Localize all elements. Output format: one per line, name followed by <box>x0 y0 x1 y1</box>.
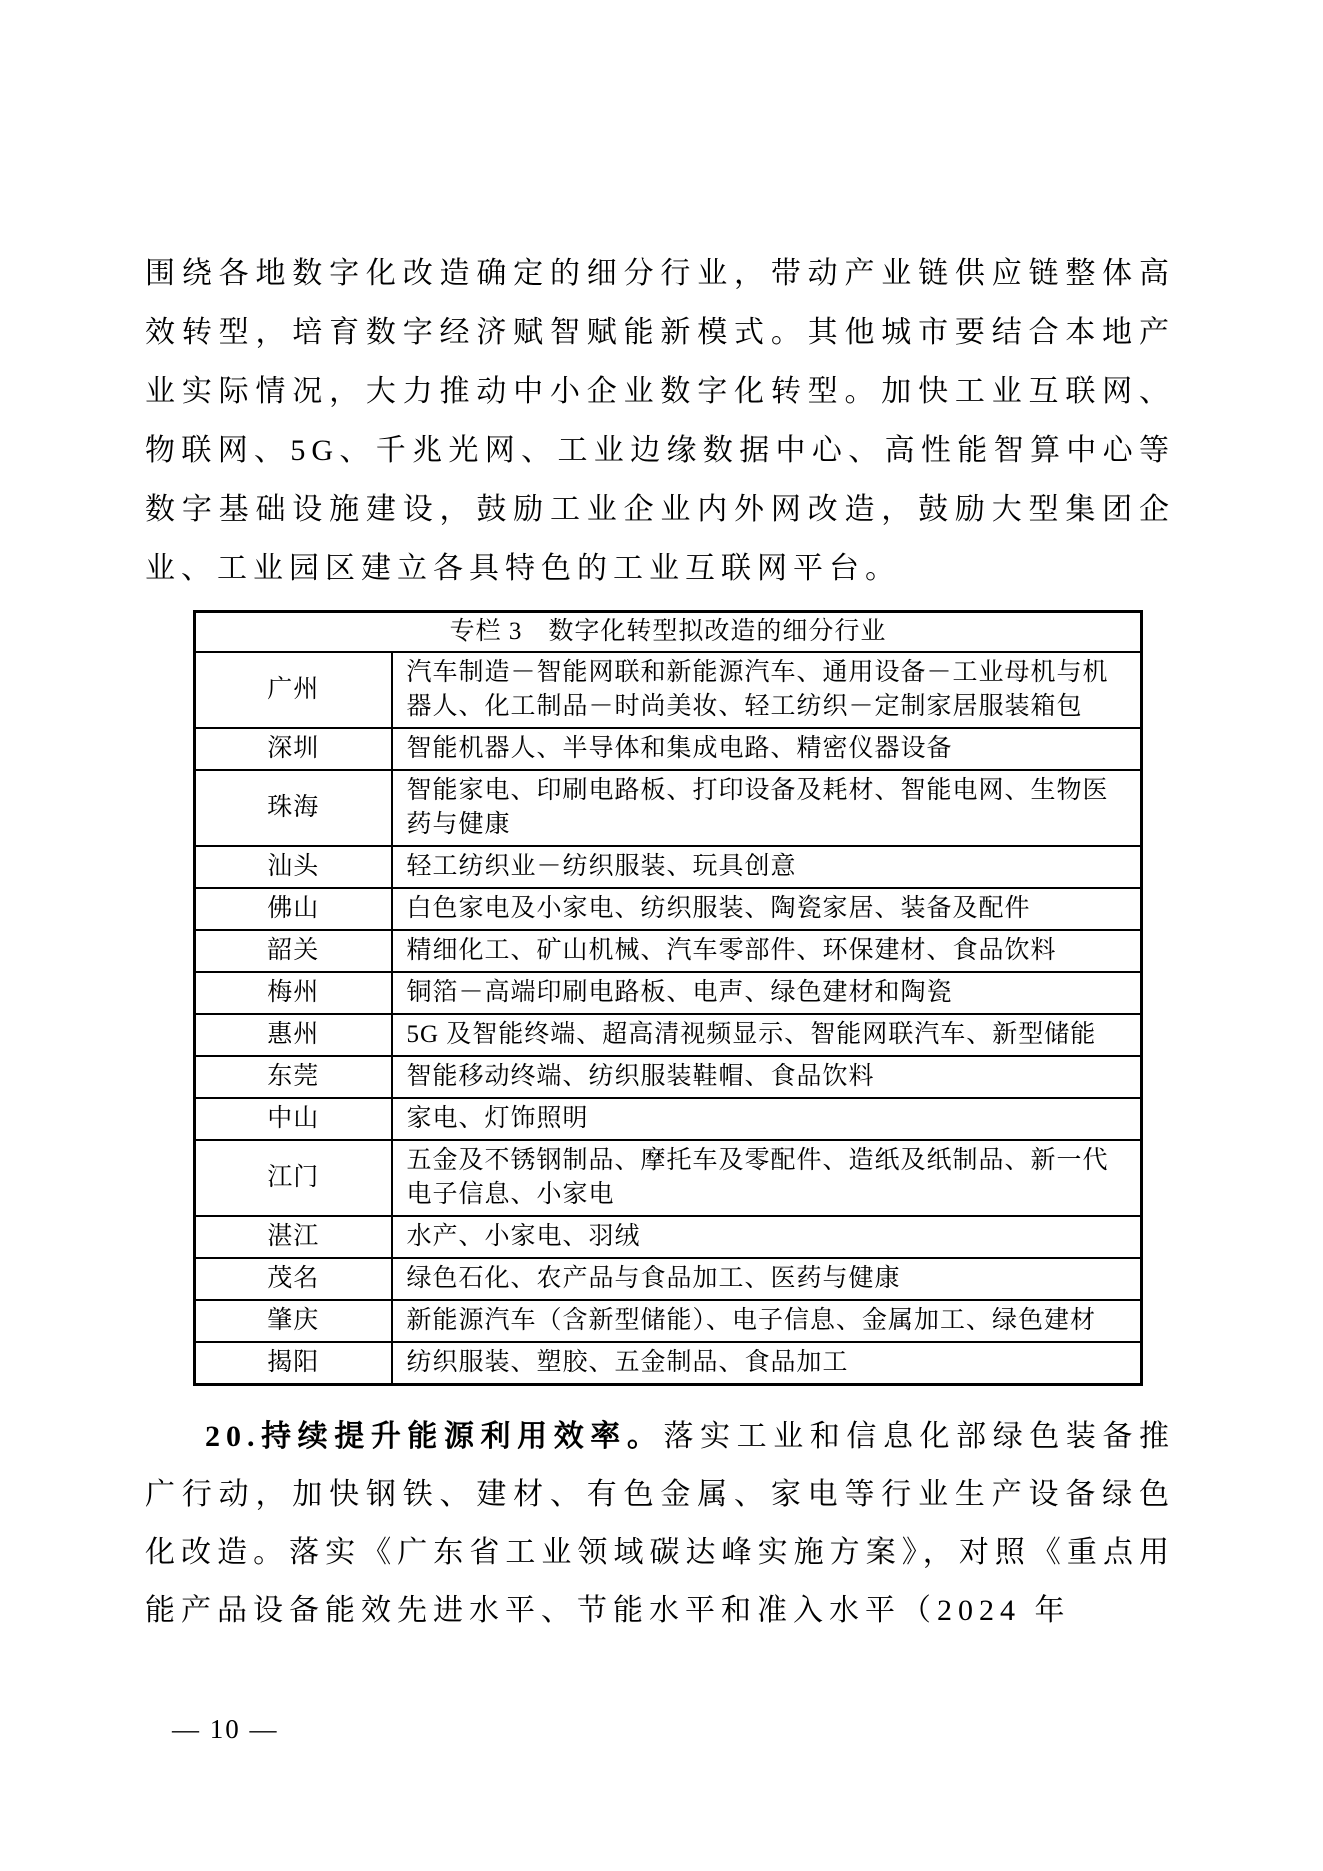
table-title: 专栏 3 数字化转型拟改造的细分行业 <box>195 612 1142 653</box>
table-cell-industries: 智能机器人、半导体和集成电路、精密仪器设备 <box>392 728 1142 770</box>
table-cell-city: 佛山 <box>195 888 392 930</box>
table-cell-industries: 五金及不锈钢制品、摩托车及零配件、造纸及纸制品、新一代电子信息、小家电 <box>392 1140 1142 1216</box>
table-row: 湛江 水产、小家电、羽绒 <box>195 1216 1142 1258</box>
table-row: 肇庆 新能源汽车（含新型储能）、电子信息、金属加工、绿色建材 <box>195 1300 1142 1342</box>
table-cell-city: 江门 <box>195 1140 392 1216</box>
table-cell-industries: 白色家电及小家电、纺织服装、陶瓷家居、装备及配件 <box>392 888 1142 930</box>
table-row: 深圳 智能机器人、半导体和集成电路、精密仪器设备 <box>195 728 1142 770</box>
table-cell-industries: 铜箔－高端印刷电路板、电声、绿色建材和陶瓷 <box>392 972 1142 1014</box>
table-cell-industries: 智能家电、印刷电路板、打印设备及耗材、智能电网、生物医药与健康 <box>392 770 1142 846</box>
page-number: — 10 — <box>172 1714 279 1745</box>
table-cell-city: 东莞 <box>195 1056 392 1098</box>
table-row: 揭阳 纺织服装、塑胶、五金制品、食品加工 <box>195 1342 1142 1385</box>
table-row: 汕头 轻工纺织业－纺织服装、玩具创意 <box>195 846 1142 888</box>
table-cell-city: 湛江 <box>195 1216 392 1258</box>
table-cell-industries: 轻工纺织业－纺织服装、玩具创意 <box>392 846 1142 888</box>
table-row: 韶关 精细化工、矿山机械、汽车零部件、环保建材、食品饮料 <box>195 930 1142 972</box>
table-cell-city: 惠州 <box>195 1014 392 1056</box>
table-cell-city: 肇庆 <box>195 1300 392 1342</box>
table-row: 佛山 白色家电及小家电、纺织服装、陶瓷家居、装备及配件 <box>195 888 1142 930</box>
table-cell-industries: 汽车制造－智能网联和新能源汽车、通用设备－工业母机与机器人、化工制品－时尚美妆、… <box>392 652 1142 728</box>
table-cell-city: 广州 <box>195 652 392 728</box>
column3-table: 专栏 3 数字化转型拟改造的细分行业 广州 汽车制造－智能网联和新能源汽车、通用… <box>193 610 1143 1386</box>
table-row: 珠海 智能家电、印刷电路板、打印设备及耗材、智能电网、生物医药与健康 <box>195 770 1142 846</box>
table-cell-industries: 水产、小家电、羽绒 <box>392 1216 1142 1258</box>
table-cell-industries: 精细化工、矿山机械、汽车零部件、环保建材、食品饮料 <box>392 930 1142 972</box>
table-cell-industries: 新能源汽车（含新型储能）、电子信息、金属加工、绿色建材 <box>392 1300 1142 1342</box>
paragraph-energy-efficiency: 20.持续提升能源利用效率。落实工业和信息化部绿色装备推广行动，加快钢铁、建材、… <box>145 1408 1175 1640</box>
table-row: 梅州 铜箔－高端印刷电路板、电声、绿色建材和陶瓷 <box>195 972 1142 1014</box>
table-cell-industries: 5G 及智能终端、超高清视频显示、智能网联汽车、新型储能 <box>392 1014 1142 1056</box>
table-cell-industries: 纺织服装、塑胶、五金制品、食品加工 <box>392 1342 1142 1385</box>
table-cell-city: 韶关 <box>195 930 392 972</box>
table-row: 东莞 智能移动终端、纺织服装鞋帽、食品饮料 <box>195 1056 1142 1098</box>
table-cell-city: 汕头 <box>195 846 392 888</box>
document-page: 围绕各地数字化改造确定的细分行业，带动产业链供应链整体高效转型，培育数字经济赋智… <box>0 0 1323 1871</box>
table-cell-city: 深圳 <box>195 728 392 770</box>
table-cell-city: 揭阳 <box>195 1342 392 1385</box>
column3-table-container: 专栏 3 数字化转型拟改造的细分行业 广州 汽车制造－智能网联和新能源汽车、通用… <box>193 610 1143 1386</box>
table-row: 惠州 5G 及智能终端、超高清视频显示、智能网联汽车、新型储能 <box>195 1014 1142 1056</box>
table-cell-industries: 智能移动终端、纺织服装鞋帽、食品饮料 <box>392 1056 1142 1098</box>
table-row: 江门 五金及不锈钢制品、摩托车及零配件、造纸及纸制品、新一代电子信息、小家电 <box>195 1140 1142 1216</box>
table-cell-city: 茂名 <box>195 1258 392 1300</box>
table-cell-city: 珠海 <box>195 770 392 846</box>
table-cell-industries: 家电、灯饰照明 <box>392 1098 1142 1140</box>
table-cell-industries: 绿色石化、农产品与食品加工、医药与健康 <box>392 1258 1142 1300</box>
table-title-row: 专栏 3 数字化转型拟改造的细分行业 <box>195 612 1142 653</box>
paragraph-digital-transformation: 围绕各地数字化改造确定的细分行业，带动产业链供应链整体高效转型，培育数字经济赋智… <box>145 244 1175 598</box>
table-row: 中山 家电、灯饰照明 <box>195 1098 1142 1140</box>
table-cell-city: 中山 <box>195 1098 392 1140</box>
table-cell-city: 梅州 <box>195 972 392 1014</box>
table-row: 茂名 绿色石化、农产品与食品加工、医药与健康 <box>195 1258 1142 1300</box>
paragraph-energy-efficiency-lead: 20.持续提升能源利用效率。 <box>205 1420 663 1453</box>
table-row: 广州 汽车制造－智能网联和新能源汽车、通用设备－工业母机与机器人、化工制品－时尚… <box>195 652 1142 728</box>
